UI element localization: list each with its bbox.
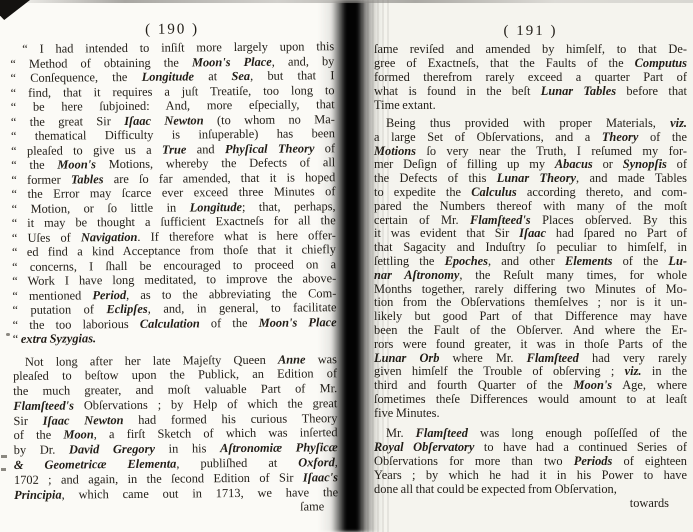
book-scan: { "colors": { "ink": "#211d17", "paper_l… — [0, 0, 693, 532]
quoted-passage-block: “ I had intended to inſiſt more largely … — [10, 39, 337, 346]
text-line: formed therefrom rarely exceed a quarter… — [374, 70, 687, 84]
text-line: Being thus provided with proper Material… — [374, 117, 687, 131]
text-line: Lunar Orb where Mr. Flamſteed had very r… — [374, 352, 687, 366]
text-line: given himſelf the Trouble of obſerving ;… — [374, 365, 687, 379]
text-line: it was evident that Sir Iſaac had ſpared… — [374, 227, 687, 241]
paragraph-being-thus-provided: Being thus provided with proper Material… — [374, 117, 687, 421]
text-line: Months together, rarely differing two Mi… — [374, 283, 687, 297]
text-line: that Sagacity and Induſtry ſo peculiar t… — [374, 241, 687, 255]
paragraph-same-revised: ſame reviſed and amended by himſelf, to … — [374, 42, 687, 112]
scan-top-edge-line — [0, 0, 693, 3]
text-line: “ extra Syzygias. — [13, 329, 337, 346]
text-line: “ the too laborious Calculation of the M… — [13, 315, 337, 332]
text-line: gree of Exactneſs, that the Faults of th… — [374, 56, 687, 70]
text-line: Obſervations for more than two Periods o… — [374, 454, 687, 468]
text-line: a large Set of Obſervations, and a Theor… — [374, 131, 687, 145]
text-line: tion from the Obſervations themſelves ; … — [374, 296, 687, 310]
corner-fold-shadow — [0, 0, 30, 20]
text-line: Time extant. — [374, 98, 687, 112]
paragraph-not-long-after: Not long after her late Majeſty Queen An… — [13, 352, 338, 503]
text-line: ſame reviſed and amended by himſelf, to … — [374, 42, 687, 56]
book-gutter-shadow — [318, 0, 384, 532]
text-line: mer Deſign of filling up my Abacus or Sy… — [374, 158, 687, 172]
catchword-right: towards — [374, 496, 687, 510]
ink-speck — [1, 468, 6, 471]
page-number-header-190: ( 190 ) — [10, 21, 334, 39]
text-line: Motions ſo very near the Truth, I reſume… — [374, 145, 687, 159]
right-page: ( 191 ) ſame reviſed and amended by himſ… — [374, 24, 687, 510]
text-line: ſometimes theſe Differences would amount… — [374, 393, 687, 407]
text-line: done all that could be expected from Obſ… — [374, 482, 687, 496]
catchword-left: ſame — [14, 500, 338, 517]
text-line: the Defects of this Lunar Theory, and ma… — [374, 172, 687, 186]
text-line: five Minutes. — [374, 407, 687, 421]
text-line: rors were found greater, it was in thoſe… — [374, 338, 687, 352]
text-line: nar Aſtronomy, the Reſult many times, fo… — [374, 269, 687, 283]
ink-speck — [1, 455, 7, 458]
text-line: third and fourth Quarter of the Moon's A… — [374, 379, 687, 393]
page-number-header-191: ( 191 ) — [374, 24, 687, 39]
text-line: pared the Numbers thereof with many of t… — [374, 200, 687, 214]
paragraph-mr-flamsteed: Mr. Flamſteed was long enough poſſeſſed … — [374, 426, 687, 496]
text-line: Mr. Flamſteed was long enough poſſeſſed … — [374, 426, 687, 440]
left-page: ( 190 ) “ I had intended to inſiſt more … — [10, 21, 338, 516]
text-line: certain of Mr. Flamſteed's Places obſerv… — [374, 214, 687, 228]
text-line: likely but good Part of that Difference … — [374, 310, 687, 324]
text-line: what is found in the beſt Lunar Tables b… — [374, 84, 687, 98]
text-line: Royal Obſervatory to have had a continue… — [374, 440, 687, 454]
text-line: to expedite the Calculus according there… — [374, 186, 687, 200]
text-line: ſettling the Epoches, and other Elements… — [374, 255, 687, 269]
text-line: been the Fault of the Obſerver. And wher… — [374, 324, 687, 338]
ink-speck — [6, 333, 10, 336]
text-line: Years ; by which he had it in his Power … — [374, 468, 687, 482]
